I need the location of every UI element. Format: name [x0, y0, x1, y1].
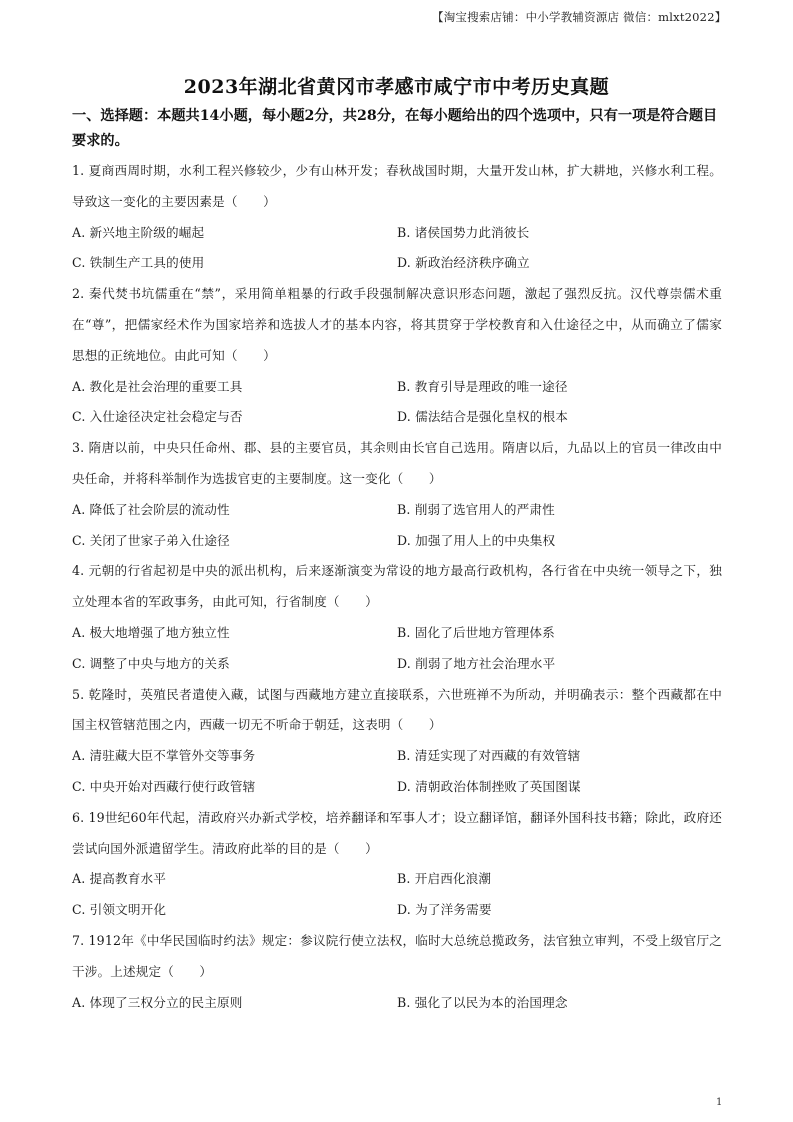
question-2: 2. 秦代焚书坑儒重在“禁”，采用简单粗暴的行政手段强制解决意识形态问题，激起了…: [72, 279, 722, 433]
option-grid: A. 降低了社会阶层的流动性 B. 削弱了选官用人的严肃性 C. 关闭了世家子弟…: [72, 495, 722, 557]
question-stem: 7. 1912年《中华民国临时约法》规定：参议院行使立法权，临时大总统总揽政务，…: [72, 926, 722, 988]
section-heading: 一、选择题：本题共14小题，每小题2分，共28分，在每小题给出的四个选项中，只有…: [72, 104, 722, 154]
option-grid: A. 教化是社会治理的重要工具 B. 教育引导是理政的唯一途径 C. 入仕途径决…: [72, 372, 722, 434]
document-title: 2023年湖北省黄冈市孝感市咸宁市中考历史真题: [0, 72, 793, 99]
question-stem: 2. 秦代焚书坑儒重在“禁”，采用简单粗暴的行政手段强制解决意识形态问题，激起了…: [72, 279, 722, 371]
question-7: 7. 1912年《中华民国临时约法》规定：参议院行使立法权，临时大总统总揽政务，…: [72, 926, 722, 1018]
option-b: B. 削弱了选官用人的严肃性: [397, 495, 722, 526]
question-stem: 6. 19世纪60年代起，清政府兴办新式学校，培养翻译和军事人才；设立翻译馆，翻…: [72, 803, 722, 865]
option-b: B. 清廷实现了对西藏的有效管辖: [397, 741, 722, 772]
option-a: A. 提高教育水平: [72, 864, 397, 895]
page-number: 1: [716, 1097, 722, 1108]
question-6: 6. 19世纪60年代起，清政府兴办新式学校，培养翻译和军事人才；设立翻译馆，翻…: [72, 803, 722, 926]
question-1: 1. 夏商西周时期，水利工程兴修较少，少有山林开发；春秋战国时期，大量开发山林，…: [72, 156, 722, 279]
question-stem: 3. 隋唐以前，中央只任命州、郡、县的主要官员，其余则由长官自己选用。隋唐以后，…: [72, 433, 722, 495]
option-b: B. 固化了后世地方管理体系: [397, 618, 722, 649]
option-c: C. 引领文明开化: [72, 895, 397, 926]
option-a: A. 新兴地主阶级的崛起: [72, 218, 397, 249]
option-c: C. 入仕途径决定社会稳定与否: [72, 402, 397, 433]
option-grid: A. 体现了三权分立的民主原则 B. 强化了以民为本的治国理念: [72, 988, 722, 1019]
option-c: C. 调整了中央与地方的关系: [72, 649, 397, 680]
option-a: A. 教化是社会治理的重要工具: [72, 372, 397, 403]
option-c: C. 关闭了世家子弟入仕途径: [72, 526, 397, 557]
option-b: B. 诸侯国势力此消彼长: [397, 218, 722, 249]
option-d: D. 清朝政治体制挫败了英国图谋: [397, 772, 722, 803]
option-grid: A. 极大地增强了地方独立性 B. 固化了后世地方管理体系 C. 调整了中央与地…: [72, 618, 722, 680]
option-b: B. 开启西化浪潮: [397, 864, 722, 895]
option-d: D. 新政治经济秩序确立: [397, 248, 722, 279]
option-d: D. 为了洋务需要: [397, 895, 722, 926]
question-4: 4. 元朝的行省起初是中央的派出机构，后来逐渐演变为常设的地方最高行政机构，各行…: [72, 556, 722, 679]
option-a: A. 降低了社会阶层的流动性: [72, 495, 397, 526]
option-c: C. 中央开始对西藏行使行政管辖: [72, 772, 397, 803]
option-grid: A. 新兴地主阶级的崛起 B. 诸侯国势力此消彼长 C. 铁制生产工具的使用 D…: [72, 218, 722, 280]
option-a: A. 清驻藏大臣不掌管外交等事务: [72, 741, 397, 772]
option-d: D. 削弱了地方社会治理水平: [397, 649, 722, 680]
question-stem: 5. 乾隆时，英殖民者遣使入藏，试图与西藏地方建立直接联系，六世班禅不为所动，并…: [72, 680, 722, 742]
option-d: D. 儒法结合是强化皇权的根本: [397, 402, 722, 433]
option-c: C. 铁制生产工具的使用: [72, 248, 397, 279]
question-5: 5. 乾隆时，英殖民者遣使入藏，试图与西藏地方建立直接联系，六世班禅不为所动，并…: [72, 680, 722, 803]
question-stem: 1. 夏商西周时期，水利工程兴修较少，少有山林开发；春秋战国时期，大量开发山林，…: [72, 156, 722, 218]
option-grid: A. 清驻藏大臣不掌管外交等事务 B. 清廷实现了对西藏的有效管辖 C. 中央开…: [72, 741, 722, 803]
question-list: 1. 夏商西周时期，水利工程兴修较少，少有山林开发；春秋战国时期，大量开发山林，…: [72, 156, 722, 1018]
option-d: D. 加强了用人上的中央集权: [397, 526, 722, 557]
option-a: A. 体现了三权分立的民主原则: [72, 988, 397, 1019]
option-a: A. 极大地增强了地方独立性: [72, 618, 397, 649]
option-b: B. 强化了以民为本的治国理念: [397, 988, 722, 1019]
option-b: B. 教育引导是理政的唯一途径: [397, 372, 722, 403]
watermark-banner: 【淘宝搜索店铺：中小学教辅资源店 微信：mlxt2022】: [432, 9, 726, 25]
question-stem: 4. 元朝的行省起初是中央的派出机构，后来逐渐演变为常设的地方最高行政机构，各行…: [72, 556, 722, 618]
question-3: 3. 隋唐以前，中央只任命州、郡、县的主要官员，其余则由长官自己选用。隋唐以后，…: [72, 433, 722, 556]
option-grid: A. 提高教育水平 B. 开启西化浪潮 C. 引领文明开化 D. 为了洋务需要: [72, 864, 722, 926]
